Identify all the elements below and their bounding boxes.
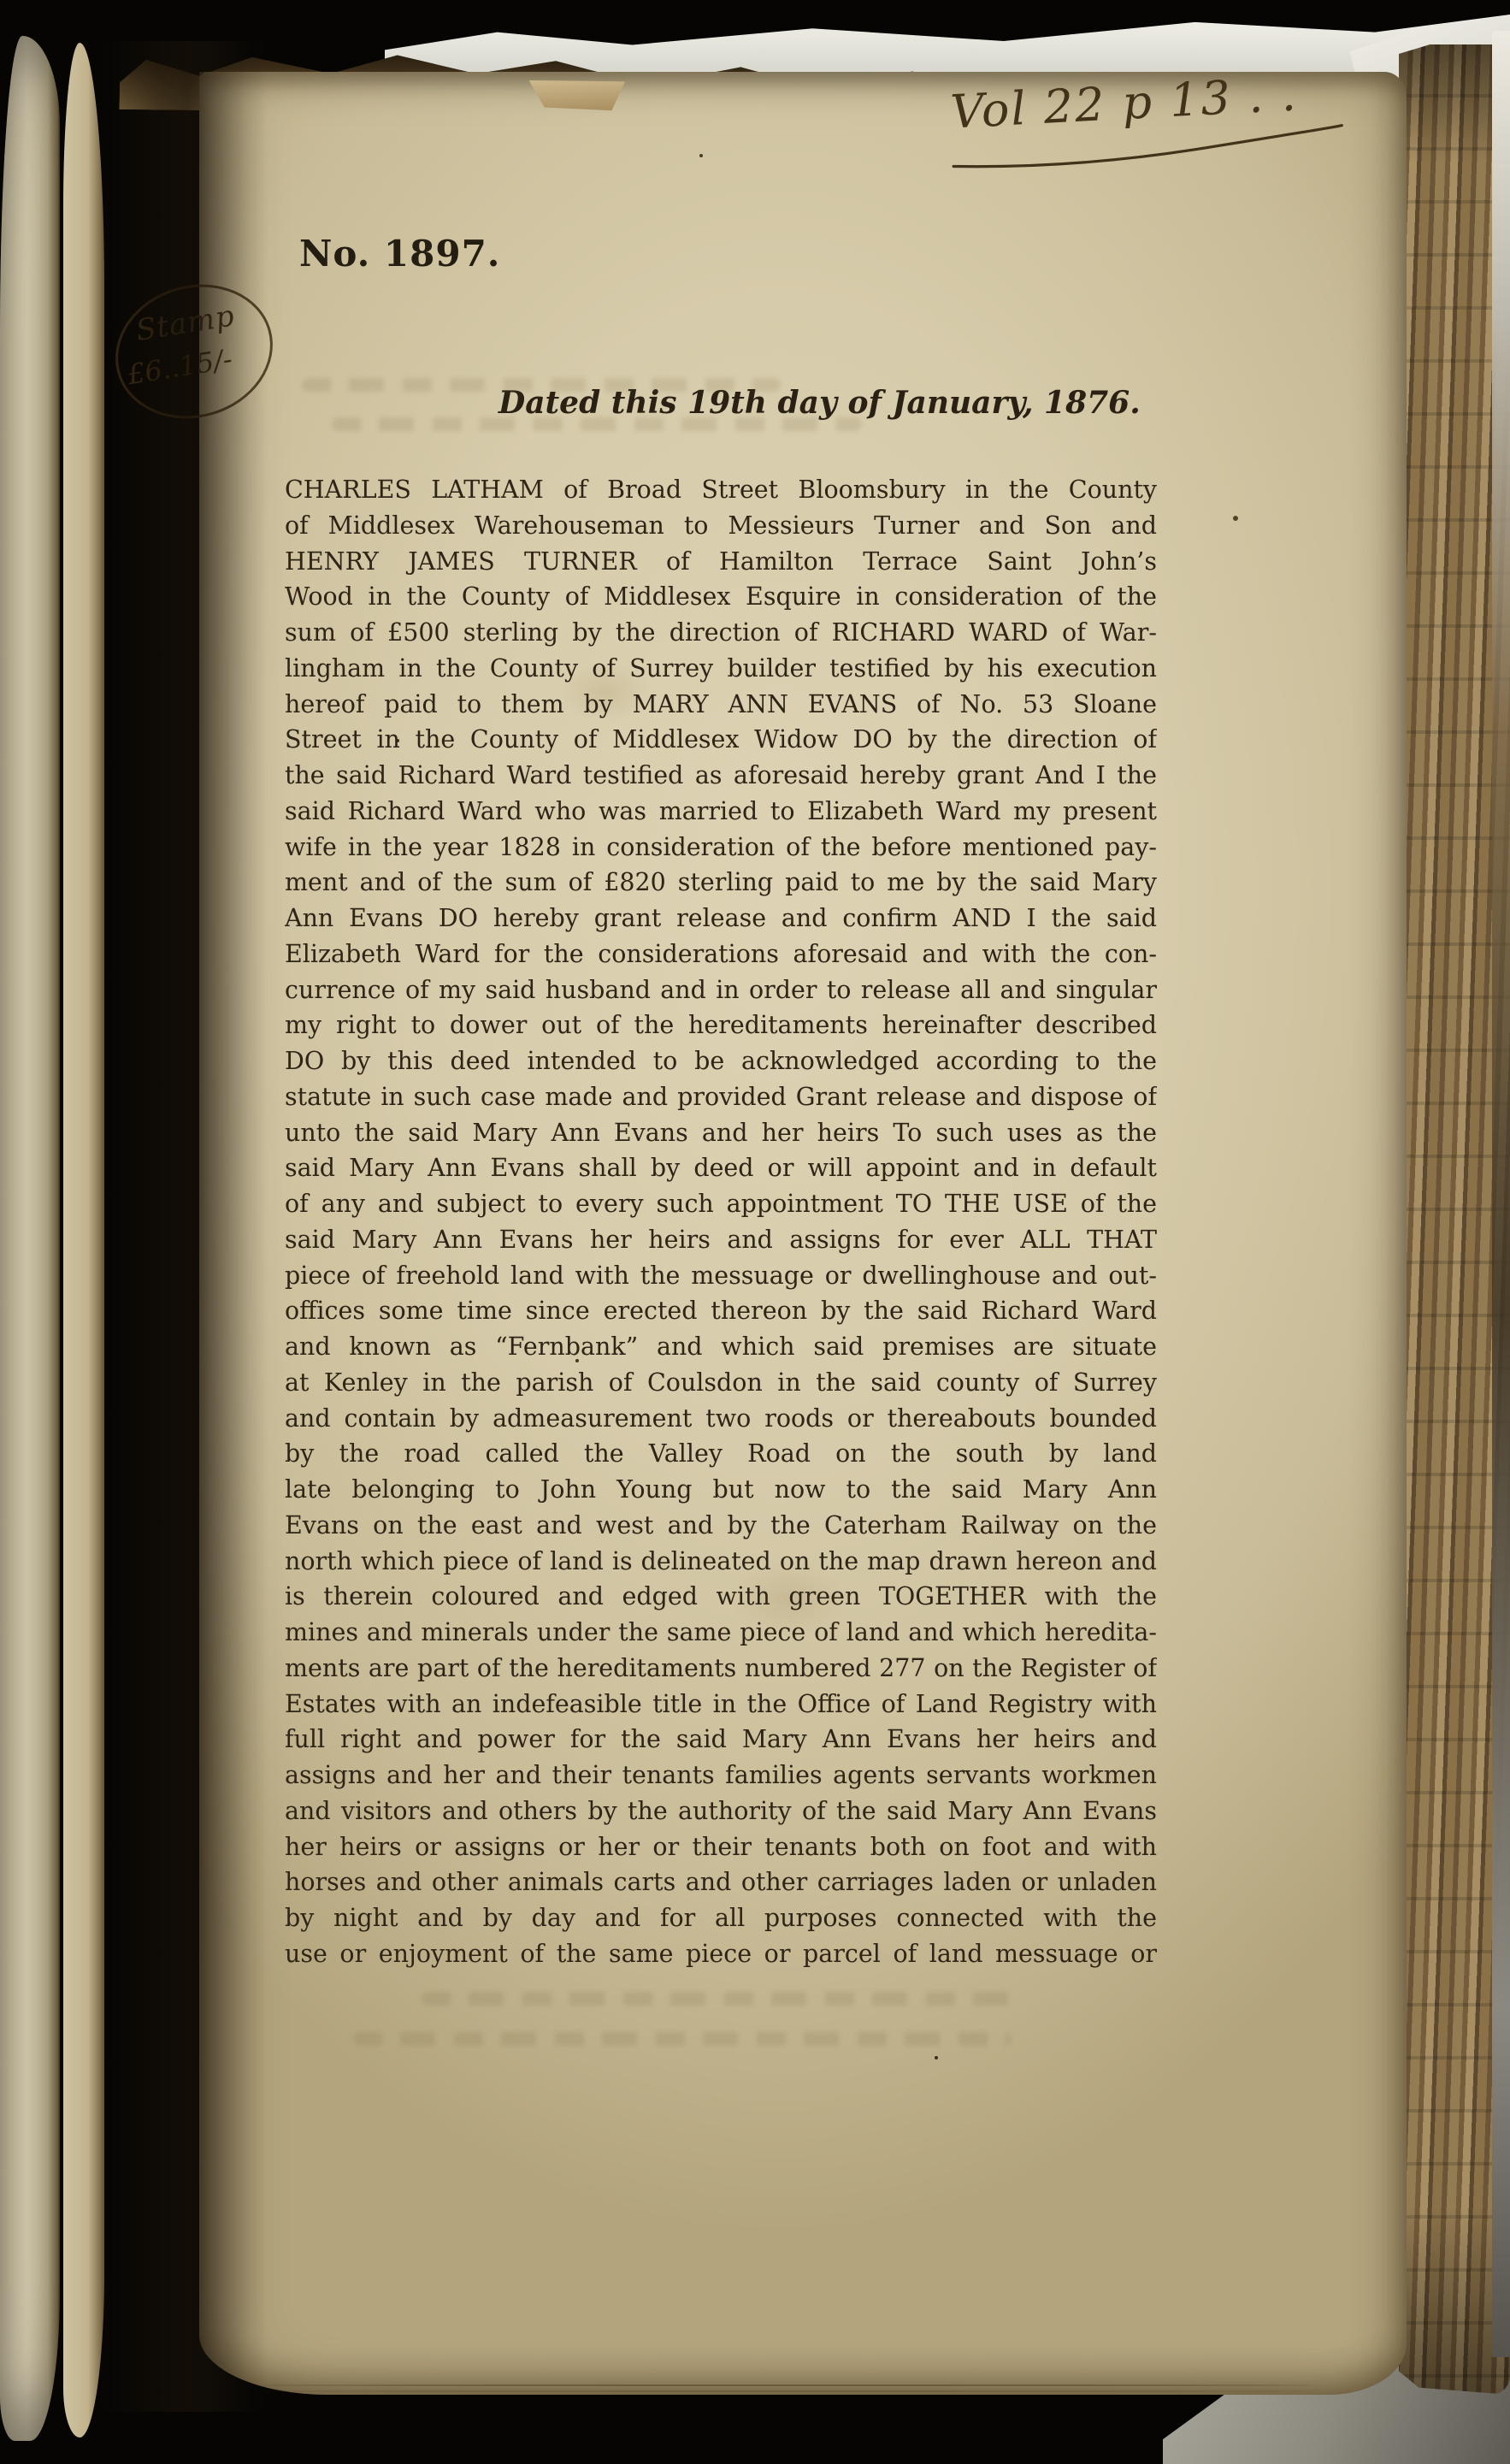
page-bottom-edge-line [259, 2384, 1312, 2386]
body-line: Evans on the east and west and by the Ca… [285, 1508, 1157, 1544]
body-line: piece of freehold land with the messuage… [285, 1258, 1157, 1294]
show-through-smudge [332, 417, 862, 431]
body-line: her heirs or assigns or her or their ten… [285, 1829, 1157, 1865]
body-line: mines and minerals under the same piece … [285, 1615, 1157, 1651]
body-line: statute in such case made and provided G… [285, 1079, 1157, 1115]
body-line: Ann Evans DO hereby grant release and co… [285, 901, 1157, 937]
body-line: of any and subject to every such appoint… [285, 1186, 1157, 1222]
show-through-smudge [353, 2032, 1012, 2046]
paper-specks [199, 72, 203, 75]
body-line: Street in the County of Middlesex Widow … [285, 722, 1157, 758]
body-line: at Kenley in the parish of Coulsdon in t… [285, 1365, 1157, 1401]
volume-annotation: Vol 22 p 13 . . [949, 68, 1364, 184]
body-line: my right to dower out of the hereditamen… [285, 1007, 1157, 1043]
body-line: hereof paid to them by MARY ANN EVANS of… [285, 687, 1157, 723]
body-line: wife in the year 1828 in consideration o… [285, 830, 1157, 866]
body-line: DO by this deed intended to be acknowled… [285, 1043, 1157, 1079]
body-line: Elizabeth Ward for the considerations af… [285, 937, 1157, 972]
body-line: Wood in the County of Middlesex Esquire … [285, 579, 1157, 615]
body-line: use or enjoyment of the same piece or pa… [285, 1936, 1157, 1972]
body-line: currence of my said husband and in order… [285, 972, 1157, 1008]
body-line: lingham in the County of Surrey builder … [285, 651, 1157, 687]
document-number: No. 1897. [299, 236, 500, 272]
body-line: ment and of the sum of £820 sterling pai… [285, 865, 1157, 901]
facing-page-edge-outer [0, 36, 60, 2441]
body-line: offices some time since erected thereon … [285, 1293, 1157, 1329]
facing-page-edge-inner [63, 43, 104, 2437]
body-line: full right and power for the said Mary A… [285, 1722, 1157, 1758]
book-page-photo: Vol 22 p 13 . . No. 1897. Dated this 19t… [0, 0, 1510, 2464]
body-line: HENRY JAMES TURNER of Hamilton Terrace S… [285, 544, 1157, 580]
document-page: Vol 22 p 13 . . No. 1897. Dated this 19t… [199, 72, 1407, 2395]
body-line: by night and by day and for all purposes… [285, 1900, 1157, 1936]
date-line: Dated this 19th day of January, 1876. [498, 387, 1141, 418]
body-line: CHARLES LATHAM of Broad Street Bloomsbur… [285, 472, 1157, 508]
body-line: unto the said Mary Ann Evans and her hei… [285, 1115, 1157, 1151]
body-line: ments are part of the hereditaments numb… [285, 1651, 1157, 1687]
body-line: and contain by admeasurement two roods o… [285, 1401, 1157, 1437]
right-edge-sliver [1492, 31, 1510, 2357]
body-line: Estates with an indefeasible title in th… [285, 1687, 1157, 1722]
body-line: and known as “Fernbank” and which said p… [285, 1329, 1157, 1365]
body-line: sum of £500 sterling by the direction of… [285, 615, 1157, 651]
show-through-smudge [302, 378, 781, 392]
body-line: north which piece of land is delineated … [285, 1544, 1157, 1580]
body-line: said Mary Ann Evans her heirs and assign… [285, 1222, 1157, 1258]
body-line: assigns and her and their tenants famili… [285, 1758, 1157, 1793]
body-line: of Middlesex Warehouseman to Messieurs T… [285, 508, 1157, 544]
body-line: by the road called the Valley Road on th… [285, 1436, 1157, 1472]
body-line: said Mary Ann Evans shall by deed or wil… [285, 1150, 1157, 1186]
body-line: the said Richard Ward testified as afore… [285, 758, 1157, 794]
body-line: late belonging to John Young but now to … [285, 1472, 1157, 1508]
body-line: horses and other animals carts and other… [285, 1864, 1157, 1900]
stamp-annotation: Stamp £6..15/- [105, 274, 283, 428]
body-line: and visitors and others by the authority… [285, 1793, 1157, 1829]
show-through-smudge [422, 1992, 1020, 2006]
body-line: said Richard Ward who was married to Eli… [285, 794, 1157, 830]
deed-body-text: CHARLES LATHAM of Broad Street Bloomsbur… [285, 472, 1157, 1972]
body-line: is therein coloured and edged with green… [285, 1579, 1157, 1615]
